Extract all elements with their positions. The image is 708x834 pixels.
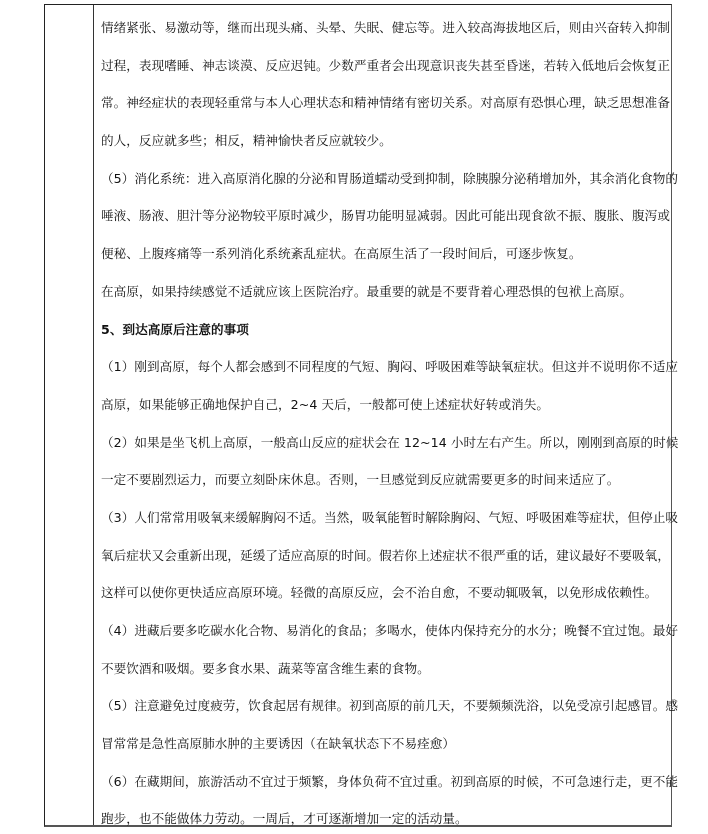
text-line: 情绪紧张、易激动等，继而出现头痛、头晕、失眠、健忘等。进入较高海拔地区后，则由兴… [101,9,678,47]
text-line: 不要饮酒和吸烟。要多食水果、蔬菜等富含维生素的食物。 [101,650,678,688]
document-table: 情绪紧张、易激动等，继而出现头痛、头晕、失眠、健忘等。进入较高海拔地区后，则由兴… [44,4,672,827]
text-line: （1）刚到高原，每个人都会感到不同程度的气短、胸闷、呼吸困难等缺氧症状。但这并不… [101,348,678,386]
text-line: （5）消化系统：进入高原消化腺的分泌和胃肠道蠕动受到抑制，除胰腺分泌稍增加外，其… [101,160,678,198]
text-line: （4）进藏后要多吃碳水化合物、易消化的食品；多喝水，使体内保持充分的水分；晚餐不… [101,612,678,650]
text-line: 这样可以使你更快适应高原环境。轻微的高原反应，会不治自愈，不要动辄吸氧，以免形成… [101,574,678,612]
table-content-cell: 情绪紧张、易激动等，继而出现头痛、头晕、失眠、健忘等。进入较高海拔地区后，则由兴… [94,5,686,825]
table-label-cell [45,5,94,825]
text-line: 的人，反应就多些；相反，精神愉快者反应就较少。 [101,122,678,160]
text-line: （5）注意避免过度疲劳，饮食起居有规律。初到高原的前几天，不要频频洗浴，以免受凉… [101,687,678,725]
text-line: 高原，如果能够正确地保护自己，2~4 天后，一般都可使上述症状好转或消失。 [101,386,678,424]
text-line: 过程，表现嗜睡、神志谈漠、反应迟钝。少数严重者会出现意识丧失甚至昏迷，若转入低地… [101,47,678,85]
text-line: 氧后症状又会重新出现，延缓了适应高原的时间。假若你上述症状不很严重的话，建议最好… [101,537,678,575]
text-line: 便秘、上腹疼痛等一系列消化系统紊乱症状。在高原生活了一段时间后，可逐步恢复。 [101,235,678,273]
text-line: （3）人们常常用吸氧来缓解胸闷不适。当然，吸氧能暂时解除胸闷、气短、呼吸困难等症… [101,499,678,537]
text-line: 在高原，如果持续感觉不适就应该上医院治疗。最重要的就是不要背着心理恐惧的包袱上高… [101,273,678,311]
section-heading: 5、到达高原后注意的事项 [101,311,678,349]
text-line: （2）如果是坐飞机上高原，一般高山反应的症状会在 12~14 小时左右产生。所以… [101,424,678,462]
text-line: 常。神经症状的表现轻重常与本人心理状态和精神情绪有密切关系。对高原有恐惧心理，缺… [101,84,678,122]
text-line: （6）在藏期间，旅游活动不宜过于频繁，身体负荷不宜过重。初到高原的时候，不可急速… [101,763,678,801]
text-line: 唾液、肠液、胆汁等分泌物较平原时减少，肠胃功能明显减弱。因此可能出现食欲不振、腹… [101,197,678,235]
text-line: 一定不要剧烈运力，而要立刻卧床休息。否则，一旦感觉到反应就需要更多的时间来适应了… [101,461,678,499]
text-line: 跑步，也不能做体力劳动。一周后，才可逐渐增加一定的活动量。 [101,800,678,834]
text-line: 冒常常是急性高原肺水肿的主要诱因（在缺氧状态下不易痊愈） [101,725,678,763]
